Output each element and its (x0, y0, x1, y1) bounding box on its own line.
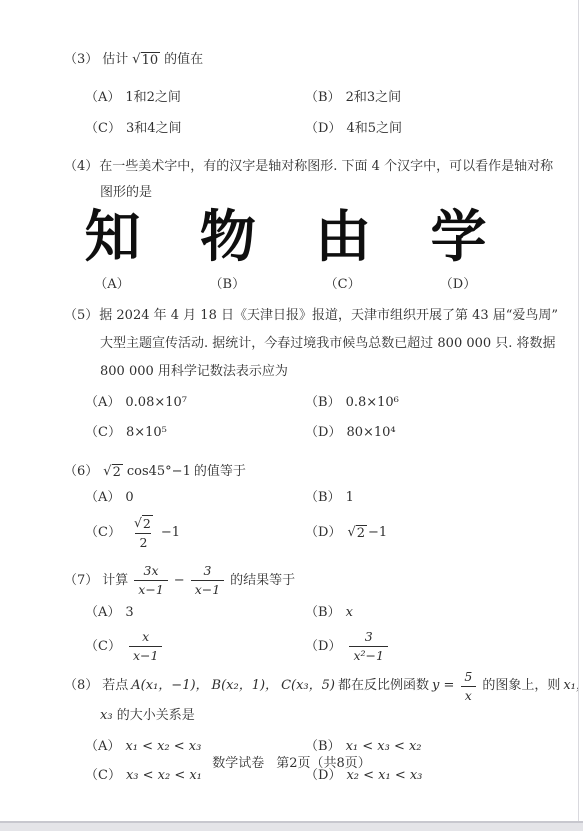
option-label: （B） (305, 90, 341, 105)
q4-choice-d: 学 （D） (418, 210, 498, 292)
q8-post-text: 的图象上，则 (482, 669, 560, 703)
radicand: 10 (141, 52, 161, 68)
q6-option-d: （D） √2 −1 (305, 525, 538, 541)
q5-option-b: （B）0.8×10⁶ (305, 395, 538, 410)
art-character: 学 (430, 210, 485, 266)
radicand: 2 (112, 464, 123, 480)
point-c: C(x₃，5) (281, 669, 335, 703)
choice-label: （C） (325, 273, 361, 292)
fraction: 3 x−1 (191, 564, 224, 597)
q5-options: （A）0.08×10⁷ （B）0.8×10⁶ （C）8×10⁵ （D）80×10… (64, 395, 538, 440)
q4-number: （4） (64, 159, 98, 174)
q5-stem-line2: 大型主题宣传活动. 据统计，今春过境我市候鸟总数已超过 800 000 只. 将… (64, 330, 538, 358)
q6-stem-suffix: 的值等于 (194, 462, 246, 482)
option-label: （D） (305, 425, 341, 440)
q7-number: （7） (64, 571, 98, 591)
radical-sign: √ (347, 525, 355, 540)
q6-options: （A）0 （B）1 （C） √2 2 −1 （D） √2 −1 (64, 490, 538, 550)
fraction: 3 x²−1 (349, 630, 388, 663)
option-text: 3 (125, 605, 133, 620)
q8-pre-text: 若点 (102, 669, 128, 703)
fraction-denominator: x (461, 686, 476, 703)
q7-options: （A）3 （B）x （C） x x−1 （D） 3 x²−1 (64, 605, 538, 663)
page-edge-bottom (0, 821, 583, 831)
option-text: 0 (125, 490, 133, 505)
q5-option-c: （C）8×10⁵ (85, 425, 305, 440)
footer-page-number: 第2页（共8页） (276, 756, 371, 771)
q3-option-a: （A）1和2之间 (85, 90, 305, 105)
footer-doc-title: 数学试卷 (212, 756, 264, 771)
choice-label: （B） (210, 273, 246, 292)
q7-option-d: （D） 3 x²−1 (305, 630, 538, 663)
fraction-denominator: 2 (135, 533, 151, 550)
q3-stem-suffix: 的值在 (164, 50, 203, 70)
q6-option-a: （A）0 (85, 490, 305, 505)
option-label: （A） (85, 395, 120, 410)
option-label: （B） (305, 490, 341, 505)
option-label: （C） (85, 525, 121, 540)
q7-option-c: （C） x x−1 (85, 630, 305, 663)
option-label: （A） (85, 90, 120, 105)
q3-option-d: （D）4和5之间 (305, 121, 538, 136)
option-label: （B） (305, 395, 341, 410)
q4-character-choices: 知 （A） 物 （B） 由 （C） 学 （D） (72, 210, 498, 292)
fraction-numerator: 3 (361, 630, 377, 646)
radicand: 2 (142, 515, 153, 531)
q7-option-a: （A）3 (85, 605, 305, 620)
sqrt-expression: √2 (134, 515, 153, 531)
q8-stem-line2: x₃ 的大小关系是 (64, 705, 538, 727)
q5-stem-line1: （5）据 2024 年 4 月 18 日《天津日报》报道，天津市组织开展了第 4… (64, 302, 538, 330)
sqrt-expression: √10 (132, 52, 160, 68)
q3-option-c: （C）3和4之间 (85, 121, 305, 136)
q3-options: （A）1和2之间 （B）2和3之间 （C）3和4之间 （D）4和5之间 (64, 90, 538, 136)
q4-stem-line2: 图形的是 (64, 180, 538, 206)
option-label: （C） (85, 121, 121, 136)
option-text: 0.8×10⁶ (346, 395, 399, 410)
q5-option-a: （A）0.08×10⁷ (85, 395, 305, 410)
fraction: 5 x (460, 670, 476, 703)
q8-stem-line1: （8） 若点 A(x₁，−1)， B(x₂，1)， C(x₃，5) 都在反比例函… (64, 669, 538, 703)
option-text: x (346, 605, 353, 620)
option-text: 1 (346, 490, 354, 505)
art-character: 知 (85, 210, 140, 266)
option-label: （C） (85, 639, 121, 654)
fraction-denominator: x−1 (129, 646, 162, 663)
function-equals: y = (432, 669, 454, 703)
q4-choice-b: 物 （B） (187, 210, 267, 292)
q4-stem-text1: 在一些美术字中，有的汉字是轴对称图形. 下面 4 个汉字中，可以看作是轴对称 (99, 159, 553, 174)
fraction-numerator: 3x (140, 564, 163, 580)
q4-choice-c: 由 （C） (303, 210, 383, 292)
option-tail: −1 (161, 525, 180, 540)
option-text: 3和4之间 (126, 121, 182, 136)
q7-stem-suffix: 的结果等于 (230, 571, 295, 591)
q5-stem-line3: 800 000 用科学记数法表示应为 (64, 358, 538, 386)
point-a: A(x₁，−1)， (131, 669, 208, 703)
q5-option-d: （D）80×10⁴ (305, 425, 538, 440)
q8-line2-text: 的大小关系是 (117, 708, 195, 723)
q8-variables: x₁，x₂， (563, 669, 583, 703)
radical-sign: √ (134, 515, 142, 530)
q6-number: （6） (64, 462, 98, 482)
fraction-numerator: √2 (129, 515, 158, 533)
q6-option-c: （C） √2 2 −1 (85, 515, 305, 550)
fraction-numerator: 3 (199, 564, 215, 580)
option-text: 0.08×10⁷ (125, 395, 187, 410)
q8-variable: x₃ (100, 708, 113, 723)
option-text: 1和2之间 (125, 90, 181, 105)
q4-stem-line1: （4）在一些美术字中，有的汉字是轴对称图形. 下面 4 个汉字中，可以看作是轴对… (64, 154, 538, 180)
option-label: （C） (85, 425, 121, 440)
q8-number: （8） (64, 669, 98, 703)
option-label: （D） (305, 121, 341, 136)
q8-mid-text: 都在反比例函数 (338, 669, 429, 703)
fraction-numerator: 5 (460, 670, 476, 686)
radicand: 2 (356, 525, 367, 541)
q3-option-b: （B）2和3之间 (305, 90, 538, 105)
option-text: 2和3之间 (346, 90, 402, 105)
fraction: 3x x−1 (134, 564, 167, 597)
radical-sign: √ (132, 52, 140, 67)
page-footer: 数学试卷第2页（共8页） (0, 752, 583, 771)
option-label: （D） (305, 639, 341, 654)
fraction: √2 2 (129, 515, 158, 550)
question-3: （3） 估计 √10 的值在 （A）1和2之间 （B）2和3之间 （C）3和4之… (64, 50, 538, 136)
option-label: （A） (85, 605, 120, 620)
page-edge-right (578, 0, 579, 821)
fraction-denominator: x−1 (134, 580, 167, 597)
sqrt-expression: √2 (103, 464, 123, 480)
art-character: 由 (315, 210, 370, 266)
q4-choice-a: 知 （A） (72, 210, 152, 292)
option-tail: −1 (368, 525, 387, 540)
fraction-denominator: x²−1 (349, 646, 388, 663)
question-4: （4）在一些美术字中，有的汉字是轴对称图形. 下面 4 个汉字中，可以看作是轴对… (64, 154, 538, 292)
q7-option-b: （B）x (305, 605, 538, 620)
question-7: （7） 计算 3x x−1 − 3 x−1 的结果等于 （A）3 （B）x （C… (64, 564, 538, 663)
option-text: 80×10⁴ (346, 425, 395, 440)
q3-stem: （3） 估计 √10 的值在 (64, 50, 538, 70)
option-text: 8×10⁵ (126, 425, 167, 440)
choice-label: （D） (440, 273, 476, 292)
q5-number: （5） (64, 308, 98, 323)
point-b: B(x₂，1)， (212, 669, 279, 703)
question-5: （5）据 2024 年 4 月 18 日《天津日报》报道，天津市组织开展了第 4… (64, 302, 538, 440)
choice-label: （A） (94, 273, 129, 292)
art-character: 物 (200, 210, 255, 266)
option-label: （D） (305, 525, 341, 540)
option-label: （A） (85, 490, 120, 505)
exam-page: （3） 估计 √10 的值在 （A）1和2之间 （B）2和3之间 （C）3和4之… (0, 0, 583, 783)
radical-sign: √ (103, 464, 111, 479)
q7-stem-prefix: 计算 (102, 571, 128, 591)
q6-cos-term: cos45°−1 (127, 462, 191, 482)
q7-stem: （7） 计算 3x x−1 − 3 x−1 的结果等于 (64, 564, 538, 597)
fraction-numerator: x (138, 630, 153, 646)
q3-number: （3） (64, 50, 98, 70)
option-label: （B） (305, 605, 341, 620)
option-text: 4和5之间 (346, 121, 402, 136)
q6-option-b: （B）1 (305, 490, 538, 505)
question-6: （6） √2 cos45°−1 的值等于 （A）0 （B）1 （C） √2 2 … (64, 462, 538, 550)
q5-stem-text1: 据 2024 年 4 月 18 日《天津日报》报道，天津市组织开展了第 43 届… (99, 308, 558, 323)
q3-stem-prefix: 估计 (102, 50, 128, 70)
sqrt-expression: √2 (347, 525, 367, 541)
fraction: x x−1 (129, 630, 162, 663)
fraction-denominator: x−1 (191, 580, 224, 597)
q6-stem: （6） √2 cos45°−1 的值等于 (64, 462, 538, 482)
minus-operator: − (174, 571, 185, 591)
